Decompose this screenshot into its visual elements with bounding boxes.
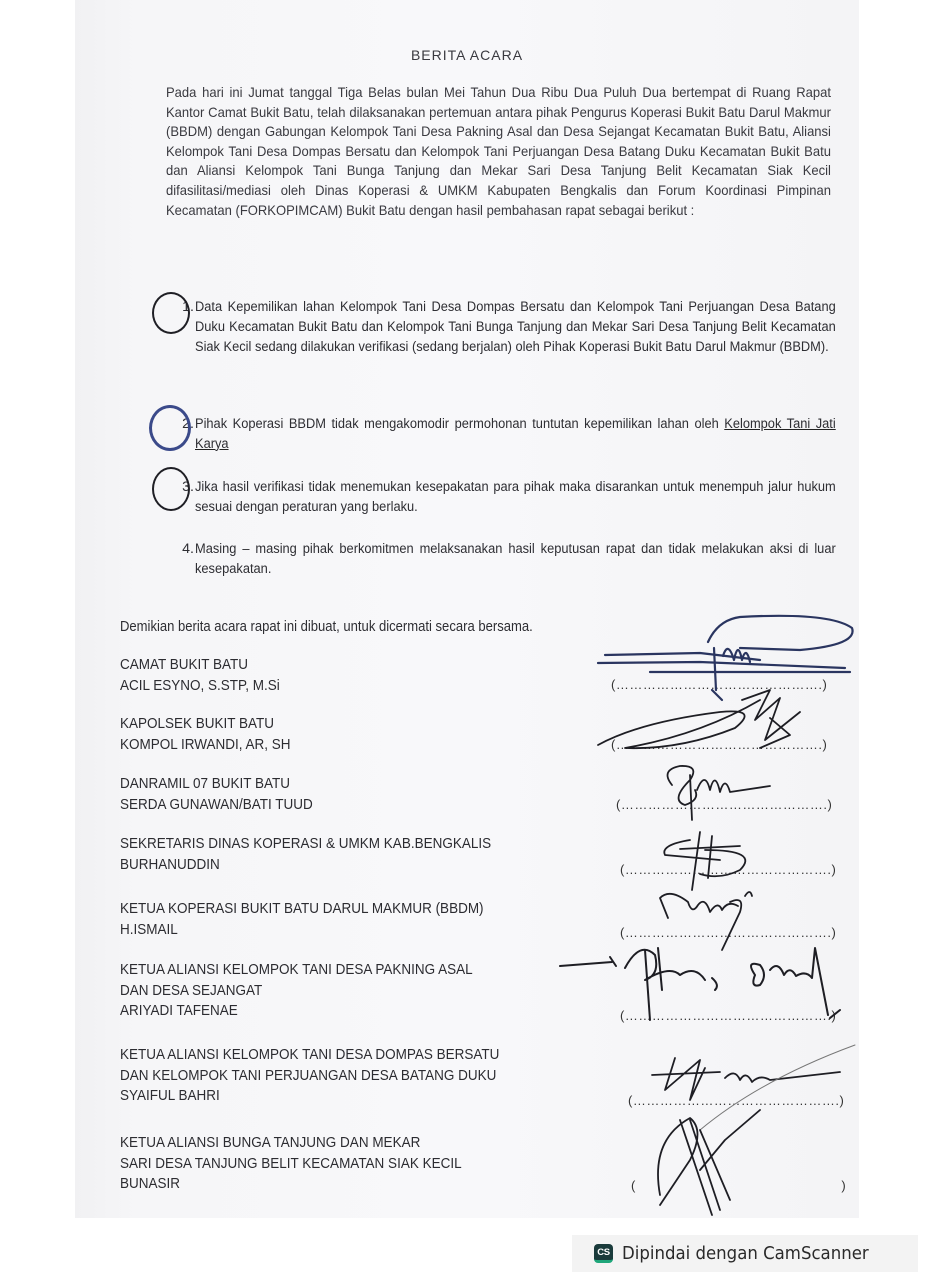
signatory-name: ACIL ESYNO, S.STP, M.Si <box>120 676 280 697</box>
signatory-name: BURHANUDDIN <box>120 855 491 876</box>
signatory-title-cont: DAN KELOMPOK TANI PERJUANGAN DESA BATANG… <box>120 1066 499 1087</box>
closing-statement: Demikian berita acara rapat ini dibuat, … <box>120 619 533 635</box>
signatory-title-cont: DAN DESA SEJANGAT <box>120 981 473 1002</box>
signatory-title: DANRAMIL 07 BUKIT BATU <box>120 774 313 795</box>
signatory-title: KETUA ALIANSI KELOMPOK TANI DESA DOMPAS … <box>120 1045 499 1066</box>
item-text: Data Kepemilikan lahan Kelompok Tani Des… <box>195 298 836 357</box>
camscanner-label: Dipindai dengan CamScanner <box>622 1243 869 1264</box>
signatory-name: SYAIFUL BAHRI <box>120 1086 499 1107</box>
camscanner-watermark: CS Dipindai dengan CamScanner <box>572 1235 918 1272</box>
signatory-name: BUNASIR <box>120 1174 462 1195</box>
signatory-block: KETUA ALIANSI KELOMPOK TANI DESA DOMPAS … <box>120 1045 499 1107</box>
signatory-title: CAMAT BUKIT BATU <box>120 655 280 676</box>
signatory-block: DANRAMIL 07 BUKIT BATU SERDA GUNAWAN/BAT… <box>120 774 313 815</box>
signature-line: (……………………………………….) <box>620 925 836 940</box>
signatory-block: CAMAT BUKIT BATU ACIL ESYNO, S.STP, M.Si <box>120 655 280 696</box>
signature-line: (……………………………………….) <box>620 1008 836 1023</box>
signatory-name: ARIYADI TAFENAE <box>120 1001 473 1022</box>
signatory-block: KETUA ALIANSI BUNGA TANJUNG DAN MEKAR SA… <box>120 1133 462 1195</box>
signature-line: (……………………………………….) <box>620 862 836 877</box>
item-text: Jika hasil verifikasi tidak menemukan ke… <box>195 478 836 518</box>
signature-line: (……………………………………….) <box>611 677 827 692</box>
signature-line: (……………………………………….) <box>611 737 827 752</box>
signatory-block: KETUA ALIANSI KELOMPOK TANI DESA PAKNING… <box>120 960 473 1022</box>
signatory-name: H.ISMAIL <box>120 920 484 941</box>
signatory-name: SERDA GUNAWAN/BATI TUUD <box>120 795 313 816</box>
hand-drawn-circle-mark <box>149 405 191 451</box>
hand-drawn-circle-mark <box>152 467 190 511</box>
signatory-title: KETUA ALIANSI BUNGA TANJUNG DAN MEKAR <box>120 1133 462 1154</box>
scanned-document-page: BERITA ACARA Pada hari ini Jumat tanggal… <box>75 0 859 1218</box>
item-number: 4. <box>170 540 194 560</box>
signature-line: ( ) <box>631 1178 846 1193</box>
document-title: BERITA ACARA <box>75 47 859 63</box>
item-text: Masing – masing pihak berkomitmen melaks… <box>195 540 836 580</box>
signatory-block: KETUA KOPERASI BUKIT BATU DARUL MAKMUR (… <box>120 899 484 940</box>
intro-paragraph: Pada hari ini Jumat tanggal Tiga Belas b… <box>166 83 831 220</box>
signatory-title: KETUA ALIANSI KELOMPOK TANI DESA PAKNING… <box>120 960 473 981</box>
signatory-block: SEKRETARIS DINAS KOPERASI & UMKM KAB.BEN… <box>120 834 491 875</box>
signatory-block: KAPOLSEK BUKIT BATU KOMPOL IRWANDI, AR, … <box>120 714 291 755</box>
hand-drawn-circle-mark <box>152 292 190 334</box>
signatory-title: KETUA KOPERASI BUKIT BATU DARUL MAKMUR (… <box>120 899 484 920</box>
camscanner-logo-icon: CS <box>594 1244 613 1263</box>
signatory-title-cont: SARI DESA TANJUNG BELIT KECAMATAN SIAK K… <box>120 1154 462 1175</box>
signature-line: (……………………………………….) <box>628 1093 844 1108</box>
signature-line: (……………………………………….) <box>616 797 832 812</box>
signatory-title: SEKRETARIS DINAS KOPERASI & UMKM KAB.BEN… <box>120 834 491 855</box>
item-text: Pihak Koperasi BBDM tidak mengakomodir p… <box>195 415 836 455</box>
signatory-name: KOMPOL IRWANDI, AR, SH <box>120 735 291 756</box>
signatory-title: KAPOLSEK BUKIT BATU <box>120 714 291 735</box>
